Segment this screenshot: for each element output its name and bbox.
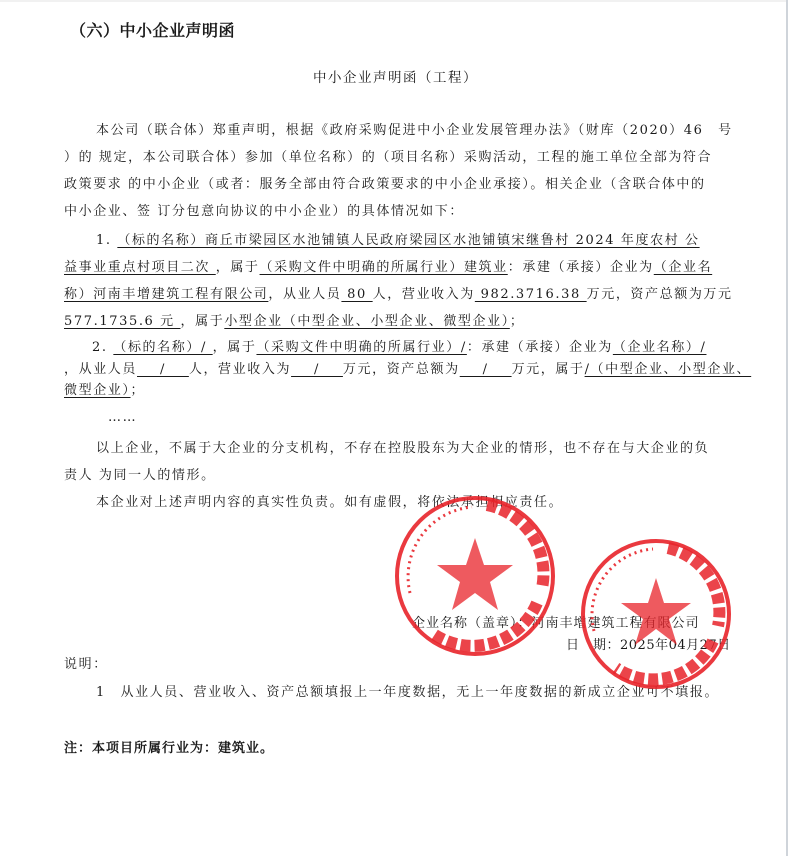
document-title: 中小企业声明函（工程）: [313, 66, 478, 86]
section-title: （六）中小企业声明函: [70, 18, 235, 41]
notes-label: 说明：: [64, 653, 108, 672]
text: 万元，属于: [512, 362, 585, 377]
company-seal-stamp-2: [578, 536, 734, 692]
item1-assets: 577.1735.6 元: [64, 314, 181, 329]
footer-note: 注：本项目所属行业为：建筑业。: [64, 737, 274, 756]
item1-line-3: 称）河南丰增建筑工程有限公司，从业人员 80 人，营业收入为 982.3716.…: [64, 283, 733, 302]
item2-company-name: （企业名称）/: [613, 340, 707, 355]
text: 万元，资产总额为: [343, 362, 460, 377]
item2-revenue: /: [291, 362, 343, 377]
item2-enterprise-type-cont: 微型企业）: [64, 383, 131, 398]
para2-line-1: 以上企业，不属于大企业的分支机构，不存在控股股东为大企业的情形，也不存在与大企业…: [96, 437, 709, 456]
text: ，属于: [181, 314, 225, 329]
item1-revenue: 982.3716.38: [475, 287, 587, 302]
item2-industry: （采购文件中明确的所属行业）/: [256, 340, 466, 355]
item1-target-name: （标的名称）商丘市梁园区水池铺镇人民政府梁园区水池铺镇宋继鲁村 2024 年度农…: [117, 233, 699, 248]
item1-company-label: （企业名: [654, 260, 712, 275]
intro-line-4: 中小企业、签 订分包意向协议的中小企业）的具体情况如下：: [64, 200, 464, 219]
item1-line-4: 577.1735.6 元 ，属于小型企业（中型企业、小型企业、微型企业）；: [64, 310, 524, 329]
item1-number: 1.: [96, 233, 112, 248]
page-right-edge: [786, 0, 788, 856]
item1-company-name: 称）河南丰增建筑工程有限公司: [64, 287, 268, 302]
text: ，从业人员: [64, 362, 137, 377]
window-top-border: [0, 0, 786, 2]
item1-employees: 80: [341, 287, 372, 302]
item2-line-2: ，从业人员 / 人，营业收入为 / 万元，资产总额为 / 万元，属于/（中型企业…: [64, 358, 751, 377]
text: 万元，资产总额为万元: [587, 287, 733, 302]
intro-line-3: 政策要求 的中小企业（或者：服务全部由符合政策要求的中小企业承接）。相关企业（含…: [64, 173, 706, 192]
text: ，属于: [213, 340, 257, 355]
item2-line-1: 2. （标的名称）/ ，属于（采购文件中明确的所属行业）/：承建（承接）企业为（…: [92, 336, 706, 355]
para2-line-2: 责人 为同一人的情形。: [64, 464, 216, 483]
text: ；: [510, 314, 525, 329]
text: ，属于: [216, 260, 260, 275]
text: ：承建（承接）企业为: [508, 260, 654, 275]
item2-number: 2.: [92, 340, 108, 355]
text: 人，营业收入为: [189, 362, 291, 377]
text: ：承建（承接）企业为: [467, 340, 613, 355]
ellipsis: ……: [108, 410, 137, 425]
item1-line-1: 1. （标的名称）商丘市梁园区水池铺镇人民政府梁园区水池铺镇宋继鲁村 2024 …: [96, 229, 700, 248]
item2-employees: /: [137, 362, 189, 377]
text: ；: [131, 383, 146, 398]
text: 人，营业收入为: [373, 287, 475, 302]
item1-industry: （采购文件中明确的所属行业）建筑业: [260, 260, 508, 275]
text: ，从业人员: [268, 287, 341, 302]
item2-target-name: （标的名称）/: [113, 340, 212, 355]
item1-line-2: 益事业重点村项目二次 ，属于（采购文件中明确的所属行业）建筑业：承建（承接）企业…: [64, 256, 712, 275]
item2-line-3: 微型企业）；: [64, 379, 145, 398]
item2-enterprise-type: /（中型企业、小型企业、: [585, 362, 752, 377]
item1-target-name-cont: 益事业重点村项目二次: [64, 260, 216, 275]
intro-line-1: 本公司（联合体）郑重声明，根据《政府采购促进中小企业发展管理办法》（财库（202…: [96, 119, 733, 138]
intro-line-2: ）的 规定，本公司联合体）参加（单位名称）的（项目名称）采购活动，工程的施工单位…: [64, 146, 712, 165]
item1-enterprise-type: 小型企业（中型企业、小型企业、微型企业）: [224, 314, 510, 329]
item2-assets: /: [460, 362, 512, 377]
company-seal-stamp-1: [392, 493, 558, 659]
